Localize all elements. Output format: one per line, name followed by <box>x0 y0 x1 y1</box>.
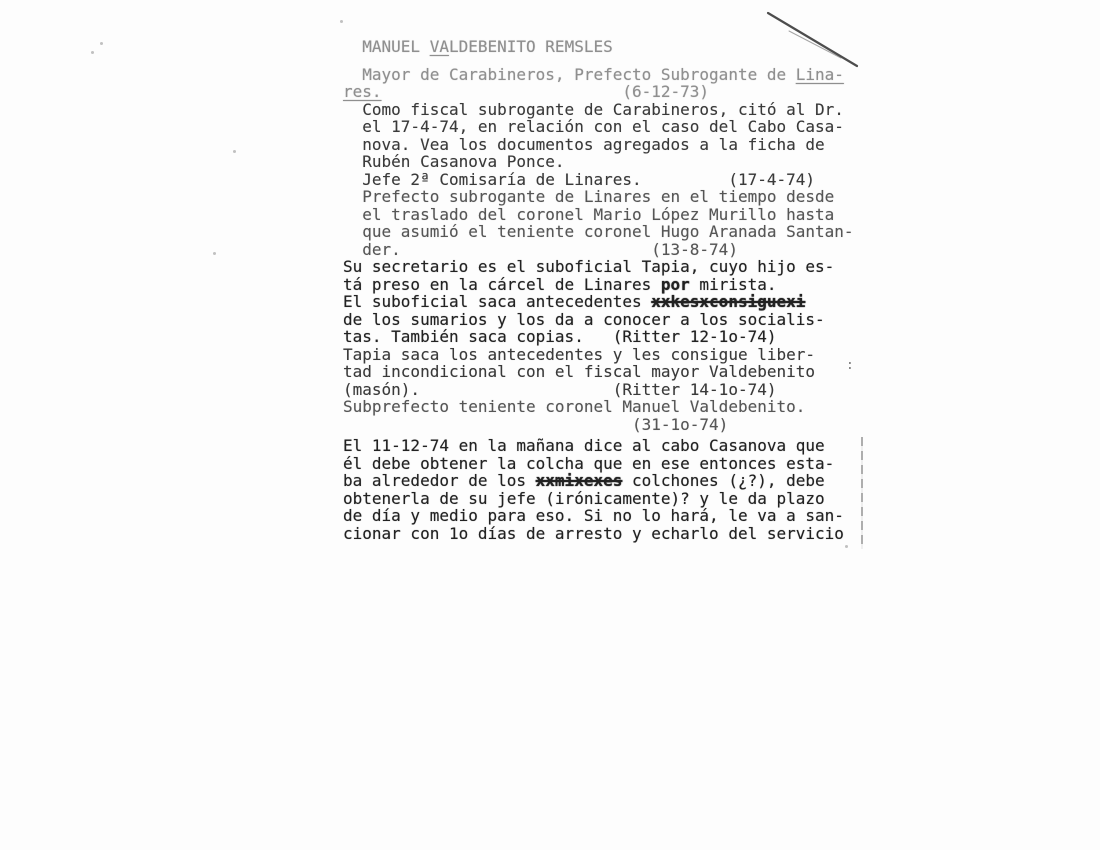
text-line: el 17-4-74, en relación con el caso del … <box>343 118 854 136</box>
text-line: nova. Vea los documentos agregados a la … <box>343 136 854 154</box>
stray-ink-tick: : <box>846 358 854 373</box>
text-line: (masón). (Ritter 14-1o-74) <box>343 381 854 399</box>
copy-edge-line <box>861 437 863 549</box>
text-line: él debe obtener la colcha que en ese ent… <box>343 455 854 473</box>
text-segment: Mayor de Carabineros, Prefecto Subrogant… <box>343 65 796 84</box>
scan-speckle <box>213 252 216 255</box>
struck-out-text: xxmixexes <box>536 471 623 490</box>
text-line: tad incondicional con el fiscal mayor Va… <box>343 363 854 381</box>
text-line: cionar con 1o días de arresto y echarlo … <box>343 525 854 543</box>
struck-out-text: xxkesxconsiguexi <box>651 292 805 311</box>
text-line: de los sumarios y los da a conocer a los… <box>343 311 854 329</box>
text-line: tas. También saca copias. (Ritter 12-1o-… <box>343 328 854 346</box>
text-segment: Prefecto subrogante de Linares en el tie… <box>343 187 834 206</box>
text-line: res. (6-12-73) <box>343 83 854 101</box>
text-line: obtenerla de su jefe (irónicamente)? y l… <box>343 490 854 508</box>
underlined-text: res. <box>343 82 382 101</box>
scan-speckle <box>845 545 848 548</box>
text-segment: MANUEL <box>343 37 430 56</box>
text-segment: El suboficial saca antecedentes <box>343 292 651 311</box>
text-segment: Subprefecto teniente coronel Manuel Vald… <box>343 397 805 416</box>
text-segment: ba alrededor de los <box>343 471 536 490</box>
text-segment: mirista. <box>690 275 777 294</box>
underlined-text: Lina- <box>796 65 844 84</box>
scan-speckle <box>340 20 343 23</box>
scan-speckle <box>100 42 103 45</box>
text-segment: Como fiscal subrogante de Carabineros, c… <box>343 100 844 119</box>
text-segment: él debe obtener la colcha que en ese ent… <box>343 454 834 473</box>
text-line: der. (13-8-74) <box>343 241 854 259</box>
text-segment: Tapia saca los antecedentes y les consig… <box>343 345 815 364</box>
text-segment: Su secretario es el suboficial Tapia, cu… <box>343 257 834 276</box>
scan-speckle <box>91 51 94 54</box>
text-line: Como fiscal subrogante de Carabineros, c… <box>343 101 854 119</box>
text-line: que asumió el teniente coronel Hugo Aran… <box>343 223 854 241</box>
overstruck-text: por <box>661 275 690 294</box>
underlined-text: VA <box>430 37 449 56</box>
text-segment: LDEBENITO REMSLES <box>449 37 613 56</box>
text-line: El suboficial saca antecedentes xxkesxco… <box>343 293 854 311</box>
text-line: tá preso en la cárcel de Linares por mir… <box>343 276 854 294</box>
text-segment: tad incondicional con el fiscal mayor Va… <box>343 362 815 381</box>
text-line: (31-1o-74) <box>343 416 854 434</box>
text-segment: der. (13-8-74) <box>343 240 738 259</box>
text-segment: tá preso en la cárcel de Linares <box>343 275 661 294</box>
text-line: El 11-12-74 en la mañana dice al cabo Ca… <box>343 437 854 455</box>
text-segment: de los sumarios y los da a conocer a los… <box>343 310 825 329</box>
text-segment: nova. Vea los documentos agregados a la … <box>343 135 825 154</box>
text-line: Mayor de Carabineros, Prefecto Subrogant… <box>343 66 854 84</box>
text-segment: Jefe 2ª Comisaría de Linares. (17-4-74) <box>343 170 815 189</box>
text-segment: (masón). (Ritter 14-1o-74) <box>343 380 776 399</box>
text-segment: (6-12-73) <box>382 82 710 101</box>
text-segment: obtenerla de su jefe (irónicamente)? y l… <box>343 489 825 508</box>
text-segment: que asumió el teniente coronel Hugo Aran… <box>343 222 854 241</box>
text-line: Subprefecto teniente coronel Manuel Vald… <box>343 398 854 416</box>
text-line: Rubén Casanova Ponce. <box>343 153 854 171</box>
text-line: Tapia saca los antecedentes y les consig… <box>343 346 854 364</box>
text-segment: de día y medio para eso. Si no lo hará, … <box>343 506 844 525</box>
scan-speckle <box>233 150 236 153</box>
text-line: Prefecto subrogante de Linares en el tie… <box>343 188 854 206</box>
text-segment: el traslado del coronel Mario López Muri… <box>343 205 834 224</box>
text-line: el traslado del coronel Mario López Muri… <box>343 206 854 224</box>
text-segment: tas. También saca copias. (Ritter 12-1o-… <box>343 327 776 346</box>
text-segment: (31-1o-74) <box>343 415 728 434</box>
document-heading: MANUEL VALDEBENITO REMSLES <box>343 38 854 56</box>
text-segment: cionar con 1o días de arresto y echarlo … <box>343 524 844 543</box>
text-line: de día y medio para eso. Si no lo hará, … <box>343 507 854 525</box>
text-line: Jefe 2ª Comisaría de Linares. (17-4-74) <box>343 171 854 189</box>
document-lines: MANUEL VALDEBENITO REMSLES Mayor de Cara… <box>343 38 854 542</box>
text-segment: Rubén Casanova Ponce. <box>343 152 565 171</box>
scanned-document-page: MANUEL VALDEBENITO REMSLES Mayor de Cara… <box>0 0 1100 850</box>
text-line: ba alrededor de los xxmixexes colchones … <box>343 472 854 490</box>
text-segment: el 17-4-74, en relación con el caso del … <box>343 117 844 136</box>
text-line: Su secretario es el suboficial Tapia, cu… <box>343 258 854 276</box>
text-segment: colchones (¿?), debe <box>622 471 824 490</box>
text-segment: El 11-12-74 en la mañana dice al cabo Ca… <box>343 436 825 455</box>
